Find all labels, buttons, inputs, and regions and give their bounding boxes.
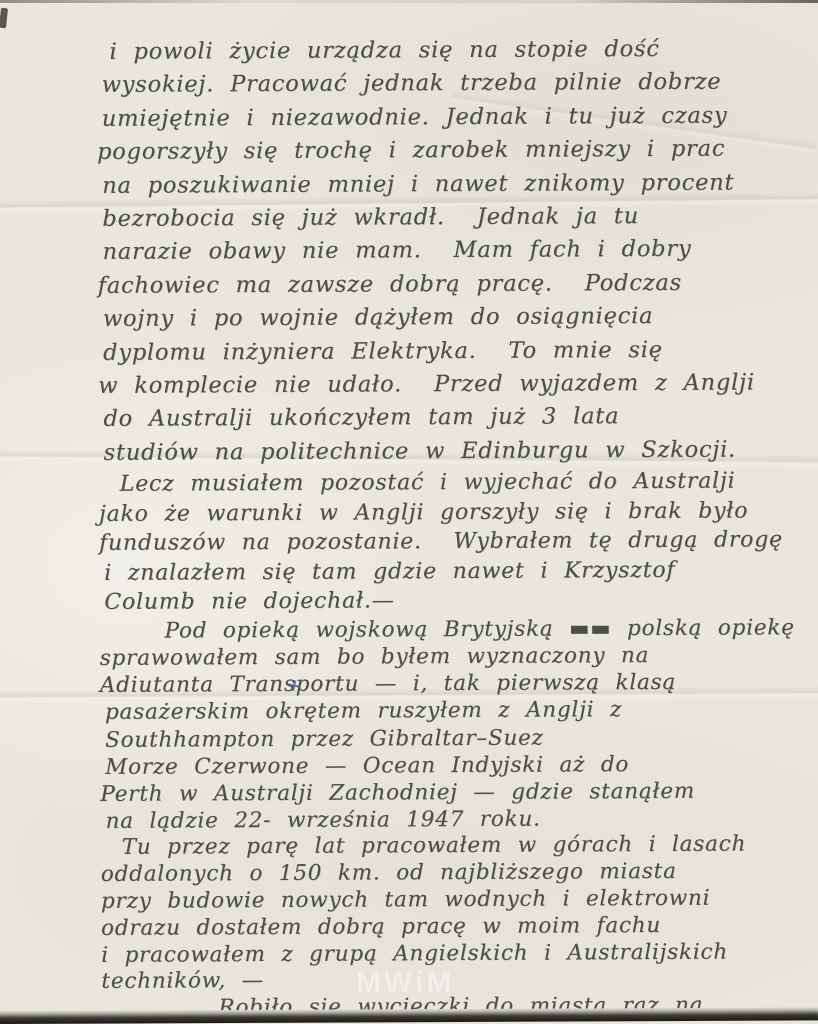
handwritten-line: Adiutanta Transportu — i, tak pierwszą k…	[100, 668, 818, 699]
handwritten-line: w komplecie nie udało. Przed wyjazdem z …	[98, 366, 817, 403]
letter-paragraph-4: Tu przez parę lat pracowałem w górach i …	[106, 832, 818, 1023]
handwritten-line: narazie obawy nie mam. Mam fach i dobry	[102, 233, 816, 270]
handwritten-line: Morze Czerwone — Ocean Indyjski aż do	[105, 750, 818, 781]
handwritten-line: jako że warunki w Anglji gorszyły się i …	[99, 496, 818, 529]
handwritten-line: pasażerskim okrętem ruszyłem z Anglji z	[105, 696, 818, 727]
handwritten-line: przy budowie nowych tam wodnych i elektr…	[101, 885, 818, 916]
letter-paragraph-2: Lecz musiałem pozostać i wyjechać do Aus…	[104, 466, 818, 617]
handwritten-line: i znalazłem się tam gdzie nawet i Krzysz…	[104, 555, 818, 588]
handwritten-line: wysokiej. Pracować jednak trzeba pilnie …	[102, 66, 816, 103]
handwritten-line: fachowiec ma zawsze dobrą pracę. Podczas	[98, 266, 817, 303]
handwritten-line: na lądzie 22- września 1947 roku.	[105, 804, 818, 835]
handwritten-line: Lecz musiałem pozostać i wyjechać do Aus…	[120, 466, 818, 499]
handwritten-line: na poszukiwanie mniej i nawet znikomy pr…	[102, 166, 816, 203]
letter-paragraph-3: Pod opieką wojskową Brytyjską ▬▬ polską …	[104, 614, 818, 835]
handwritten-line: sprawowałem sam bo byłem wyznaczony na	[100, 641, 818, 672]
handwritten-line: wojny i po wojnie dążyłem do osiągnięcia	[103, 299, 817, 336]
handwritten-line: i pracowałem z grupą Angielskich i Austr…	[101, 939, 818, 970]
handwritten-line: studiów na politechnice w Edinburgu w Sz…	[104, 433, 818, 470]
handwritten-letter-page: i powoli życie urządza się na stopie doś…	[101, 32, 818, 1023]
handwritten-line: Southhampton przez Gibraltar–Suez	[105, 723, 818, 754]
letter-paragraph-1: i powoli życie urządza się na stopie doś…	[101, 32, 817, 470]
handwritten-line: pogorszyły się trochę i zarobek mniejszy…	[97, 132, 816, 169]
scan-top-edge	[0, 0, 818, 3]
archive-watermark: MWiM	[356, 966, 454, 1000]
handwritten-line: i powoli życie urządza się na stopie doś…	[109, 32, 815, 69]
handwritten-line: techników, —	[101, 966, 818, 997]
handwritten-line: oddalonych o 150 km. od najbliższego mia…	[101, 858, 818, 889]
handwritten-line: Perth w Australji Zachodniej — gdzie sta…	[100, 777, 818, 808]
scan-corner-mark	[0, 8, 8, 29]
handwritten-line: bezrobocia się już wkradł. Jednak ja tu	[102, 199, 816, 236]
handwritten-line: funduszów na pozostanie. Wybrałem tę dru…	[99, 525, 818, 558]
handwritten-line: do Australji ukończyłem tam już 3 lata	[103, 400, 817, 437]
handwritten-line: Pod opieką wojskową Brytyjską ▬▬ polską …	[164, 614, 818, 645]
handwritten-line: umiejętnie i niezawodnie. Jednak i tu ju…	[102, 99, 816, 136]
handwritten-line: odrazu dostałem dobrą pracę w moim fachu	[101, 912, 818, 943]
handwritten-line: Tu przez parę lat pracowałem w górach i …	[122, 832, 818, 862]
handwritten-line: Columb nie dojechał.—	[104, 584, 818, 617]
scan-bottom-edge	[0, 1007, 818, 1024]
handwritten-line: dyplomu inżyniera Elektryka. To mnie się	[103, 333, 817, 370]
